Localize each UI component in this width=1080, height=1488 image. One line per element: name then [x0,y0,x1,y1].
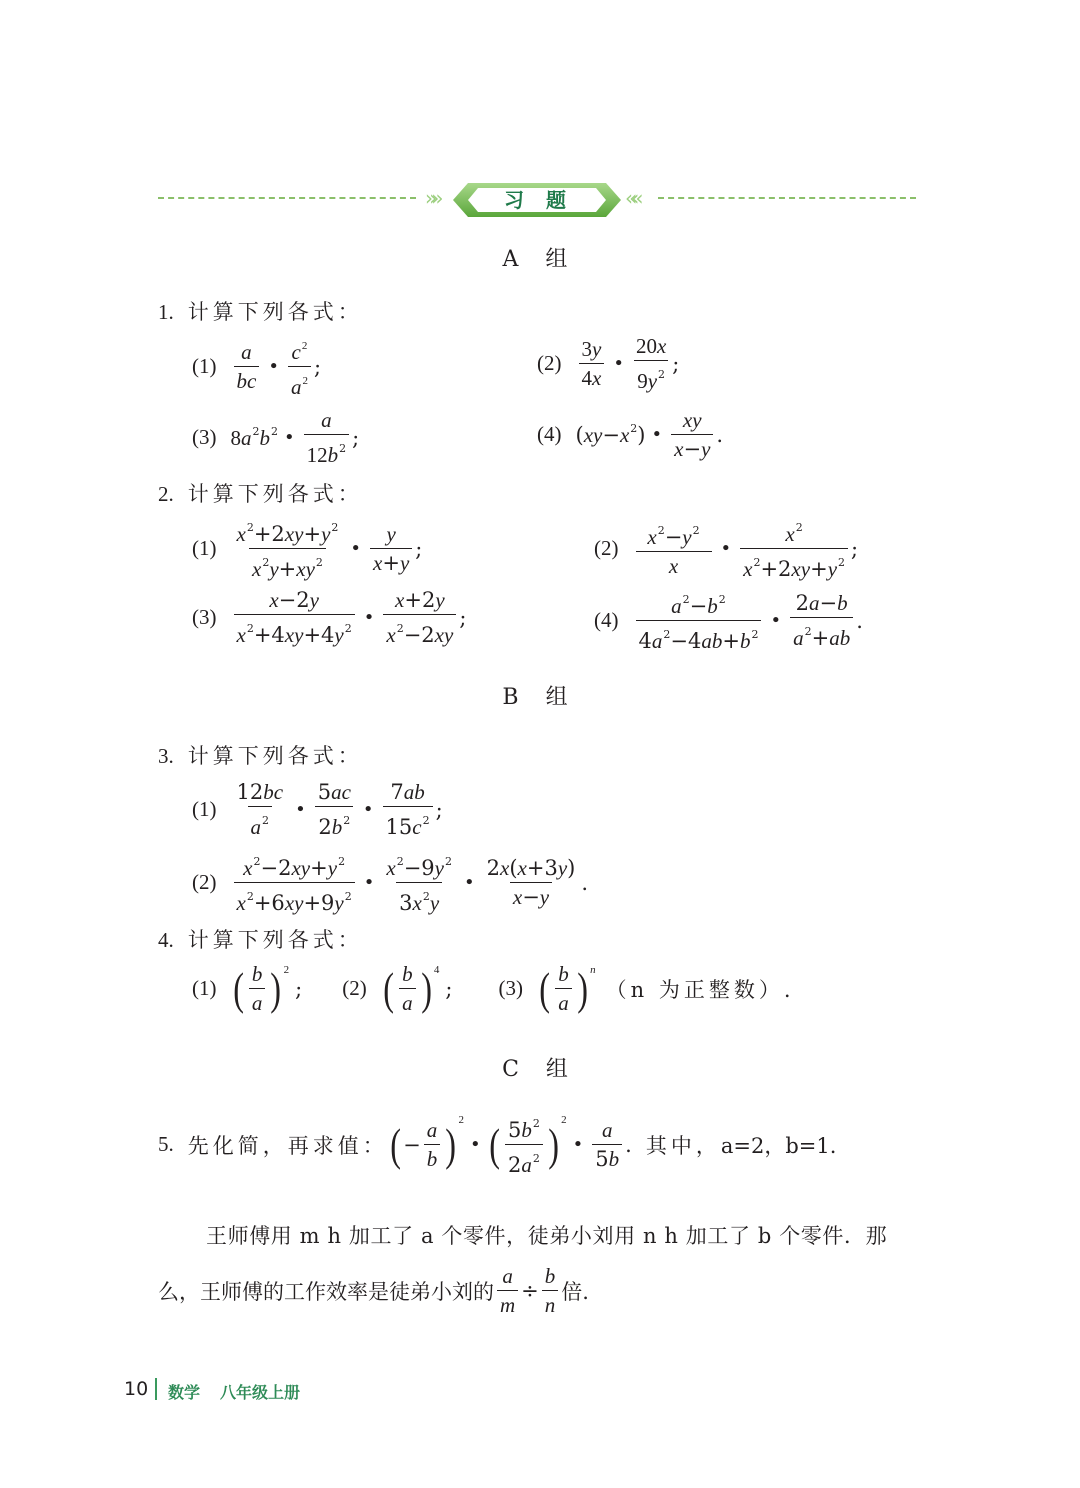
dashed-divider-right [658,197,916,199]
page-number: 10 [124,1378,148,1400]
q2-item-3: (3) x−2yx2+4xy+4y2 • x+2yx2−2xy; [192,588,466,647]
question-4: 4.计算下列各式： [158,924,363,954]
q1-item-3: (3) 8a2b2 • a12b2; [192,408,359,467]
q4-note: （n 为正整数）. [606,974,795,1004]
note-line-2: 么，王师傅的工作效率是徒弟小刘的 am ÷ bn 倍. [158,1264,589,1317]
footer-divider [155,1378,157,1400]
q3-item-1: (1) 12bca2 • 5ac2b2 • 7ab15c2; [192,780,443,839]
group-b-title: B 组 [0,680,1080,711]
q1-item-1: (1) abc • c2a2; [192,334,321,399]
q5-condition: a=2，b=1. [721,1130,837,1160]
question-1: 1.计算下列各式： [158,296,363,326]
q3-item-2: (2) x2−2xy+y2x2+6xy+9y2 • x2−9y23x2y • 2… [192,850,588,915]
question-1-prompt: 计算下列各式： [188,300,363,324]
note-line-1: 王师傅用 m h 加工了 a 个零件，徒弟小刘用 n h 加工了 b 个零件．那 [206,1222,887,1250]
exercises-title: 习题 [452,182,622,218]
question-3: 3.计算下列各式： [158,740,363,770]
q4-items: (1) (ba)2; (2) (ba)4; (3) (ba)n （n 为正整数）… [192,962,795,1015]
q1-item-4: (4) (xy−x2) • xyx−y. [537,408,723,461]
question-5: 5. 先化简，再求值： (−ab)2 • (5b22a2)2 • a5b. 其中… [158,1112,836,1177]
dashed-divider-left [158,197,416,199]
q2-item-4: (4) a2−b24a2−4ab+b2 • 2a−ba2+ab. [594,588,863,653]
double-chevron-left-icon: «« [625,186,637,210]
q2-item-2: (2) x2−y2x • x2x2+2xy+y2; [594,516,858,581]
q2-item-1: (1) x2+2xy+y2x2y+xy2 • yx+y; [192,516,422,581]
section-banner: 习题 [452,182,622,218]
q1-item-2: (2) 3y4x • 20x9y2; [537,334,679,393]
double-chevron-right-icon: »» [425,186,437,210]
footer-book-title: 数学八年级上册 [168,1380,300,1403]
group-a-title: A 组 [0,242,1080,273]
question-2: 2.计算下列各式： [158,478,363,508]
group-c-title: C 组 [0,1052,1080,1083]
